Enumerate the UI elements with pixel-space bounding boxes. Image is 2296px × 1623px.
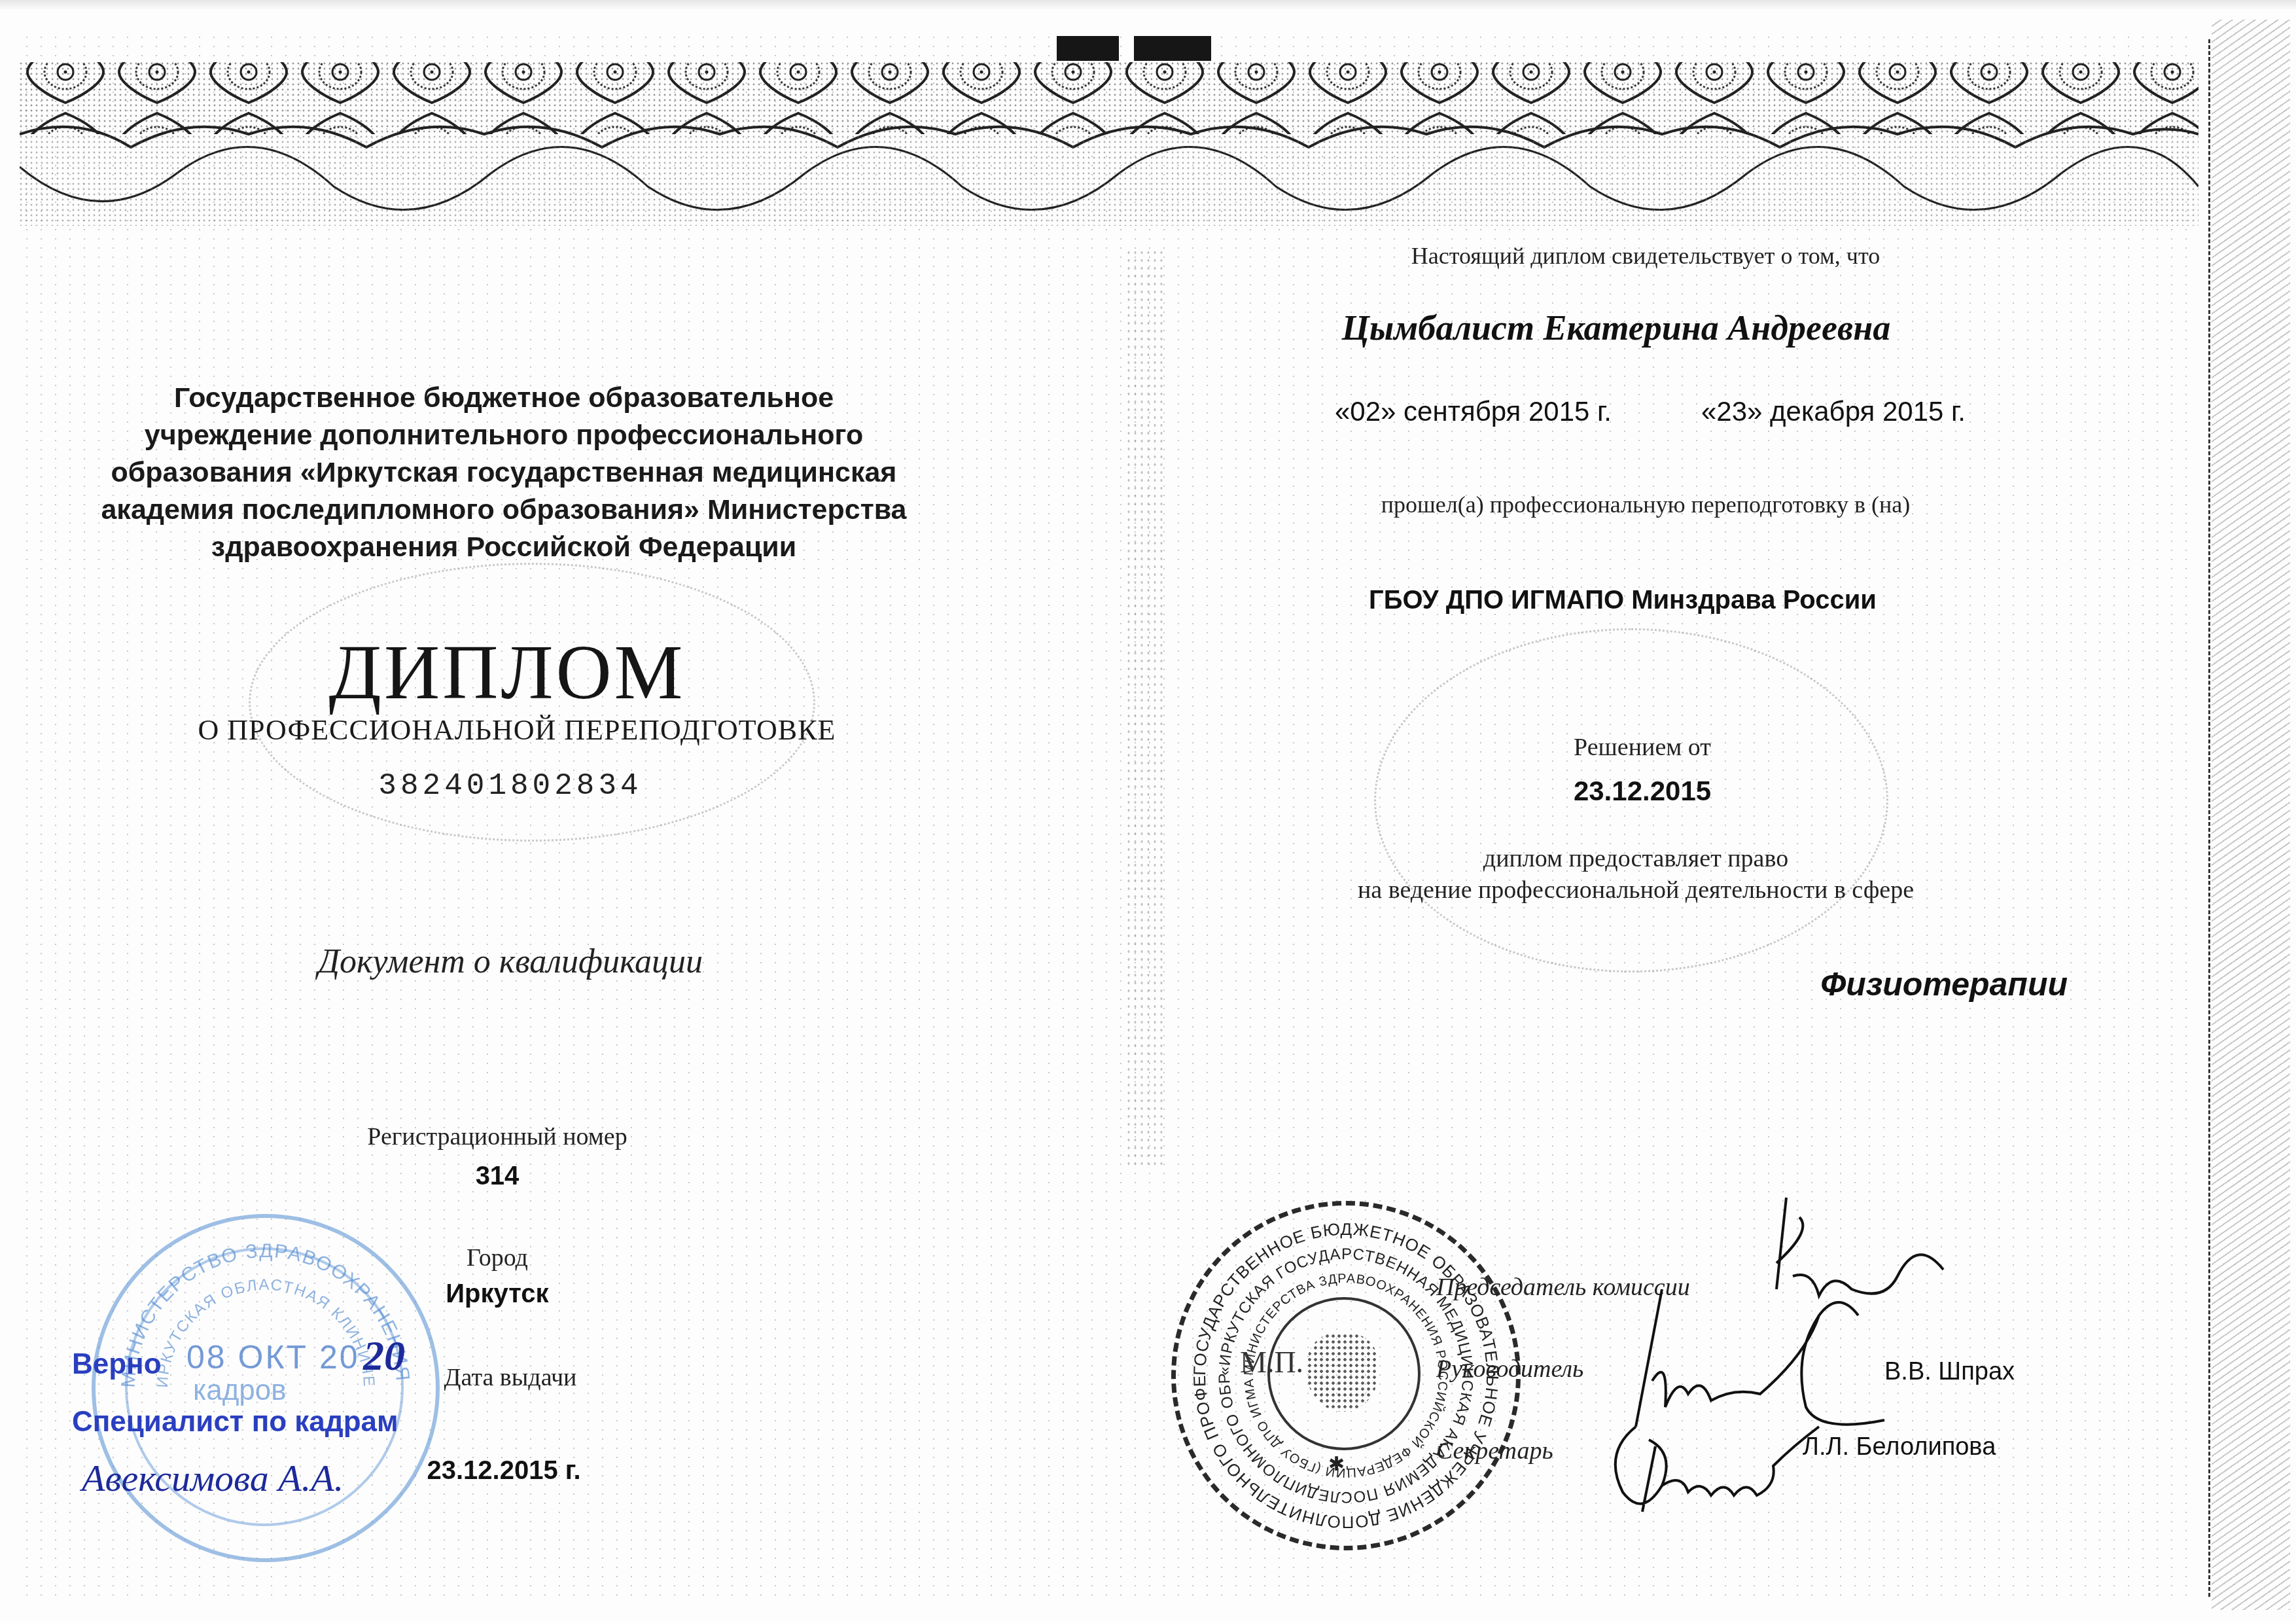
document-subtitle: О ПРОФЕССИОНАЛЬНОЙ ПЕРЕПОДГОТОВКЕ [144, 713, 890, 747]
rights-statement-line1: диплом предоставляет право [1348, 844, 1924, 873]
secretary-role: Секретарь [1436, 1436, 1553, 1465]
certified-true-label: Верно [72, 1348, 162, 1381]
head-name: В.В. Шпрах [1884, 1358, 2015, 1386]
organization-short-name: ГБОУ ДПО ИГМАПО Минздрава России [1309, 586, 1937, 615]
registration-label: Регистрационный номер [314, 1122, 680, 1151]
certification-intro: Настоящий диплом свидетельствует о том, … [1335, 242, 1956, 270]
center-fold [1125, 249, 1165, 1165]
seal-place-label: М.П. [1240, 1345, 1303, 1380]
decision-date: 23.12.2015 [1492, 776, 1793, 807]
secretary-signature [1597, 1414, 1832, 1525]
certifier-signature: Авексимова А.А. [82, 1456, 344, 1500]
certification-stamp-date: 08 ОКТ 20 [186, 1338, 360, 1376]
registration-number: 314 [393, 1162, 602, 1191]
issuer-name: Государственное бюджетное образовательно… [92, 380, 916, 566]
training-start-date: «02» сентября 2015 г. [1335, 396, 1675, 427]
document-type: Документ о квалификации [275, 942, 746, 981]
decision-label: Решением от [1492, 733, 1793, 762]
issuer-line: Государственное бюджетное образовательно… [92, 380, 916, 417]
scan-edge [0, 0, 2296, 9]
redacted-block [1134, 36, 1211, 61]
training-end-date: «23» декабря 2015 г. [1701, 396, 2041, 427]
edge-microtext-strip [2212, 20, 2290, 1610]
head-role: Руководитель [1436, 1355, 1583, 1383]
star-icon: ✱ [1328, 1453, 1345, 1476]
training-statement: прошел(а) профессиональную переподготовк… [1309, 491, 1983, 518]
issuer-line: здравоохранения Российской Федерации [92, 529, 916, 566]
redacted-block [1057, 36, 1119, 61]
serial-number: 382401802834 [249, 769, 772, 803]
rights-statement-line2: на ведение профессиональной деятельности… [1296, 876, 1976, 904]
certifier-title: Специалист по кадрам [72, 1406, 398, 1438]
certification-department: кадров [193, 1374, 287, 1407]
coat-of-arms-icon [1307, 1333, 1379, 1412]
specialty: Физиотерапии [1701, 965, 2068, 1003]
issuer-line: учреждение дополнительного профессиональ… [92, 417, 916, 454]
issuer-line: академия последипломного образования» Ми… [92, 491, 916, 529]
document-title: ДИПЛОМ [164, 628, 851, 717]
ornamental-border [20, 36, 2199, 245]
edge-perforation [2208, 39, 2210, 1597]
holder-name: Цымбалист Екатерина Андреевна [1296, 308, 1937, 348]
issuer-line: образования «Иркутская государственная м… [92, 454, 916, 491]
handwritten-year: 20 [363, 1332, 405, 1380]
